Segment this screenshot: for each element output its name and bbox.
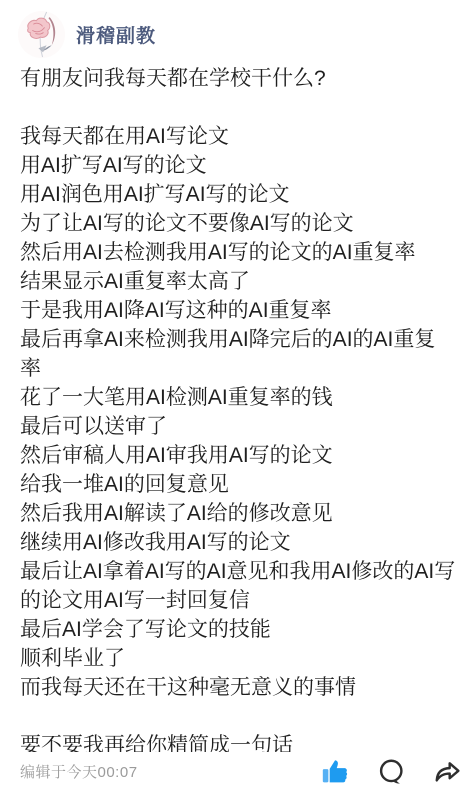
avatar[interactable] [18, 11, 65, 58]
post-footer: 编辑于今天00:07 [0, 752, 474, 800]
comment-bubble-icon [377, 757, 406, 786]
like-button[interactable] [321, 757, 350, 786]
share-arrow-icon [433, 757, 462, 786]
edit-timestamp: 编辑于今天00:07 [20, 761, 321, 782]
post-page: 滑稽副教 有朋友问我每天都在学校干什么? 我每天都在用AI写论文 用AI扩写AI… [0, 0, 474, 800]
username[interactable]: 滑稽副教 [76, 21, 156, 48]
pink-flower-sketch-avatar [18, 11, 65, 58]
post-header: 滑稽副教 [0, 0, 474, 58]
comment-button[interactable] [377, 757, 406, 786]
post-body-text: 有朋友问我每天都在学校干什么? 我每天都在用AI写论文 用AI扩写AI写的论文 … [0, 58, 474, 789]
thumbs-up-icon [321, 757, 350, 786]
share-button[interactable] [433, 757, 462, 786]
action-bar [321, 757, 462, 786]
